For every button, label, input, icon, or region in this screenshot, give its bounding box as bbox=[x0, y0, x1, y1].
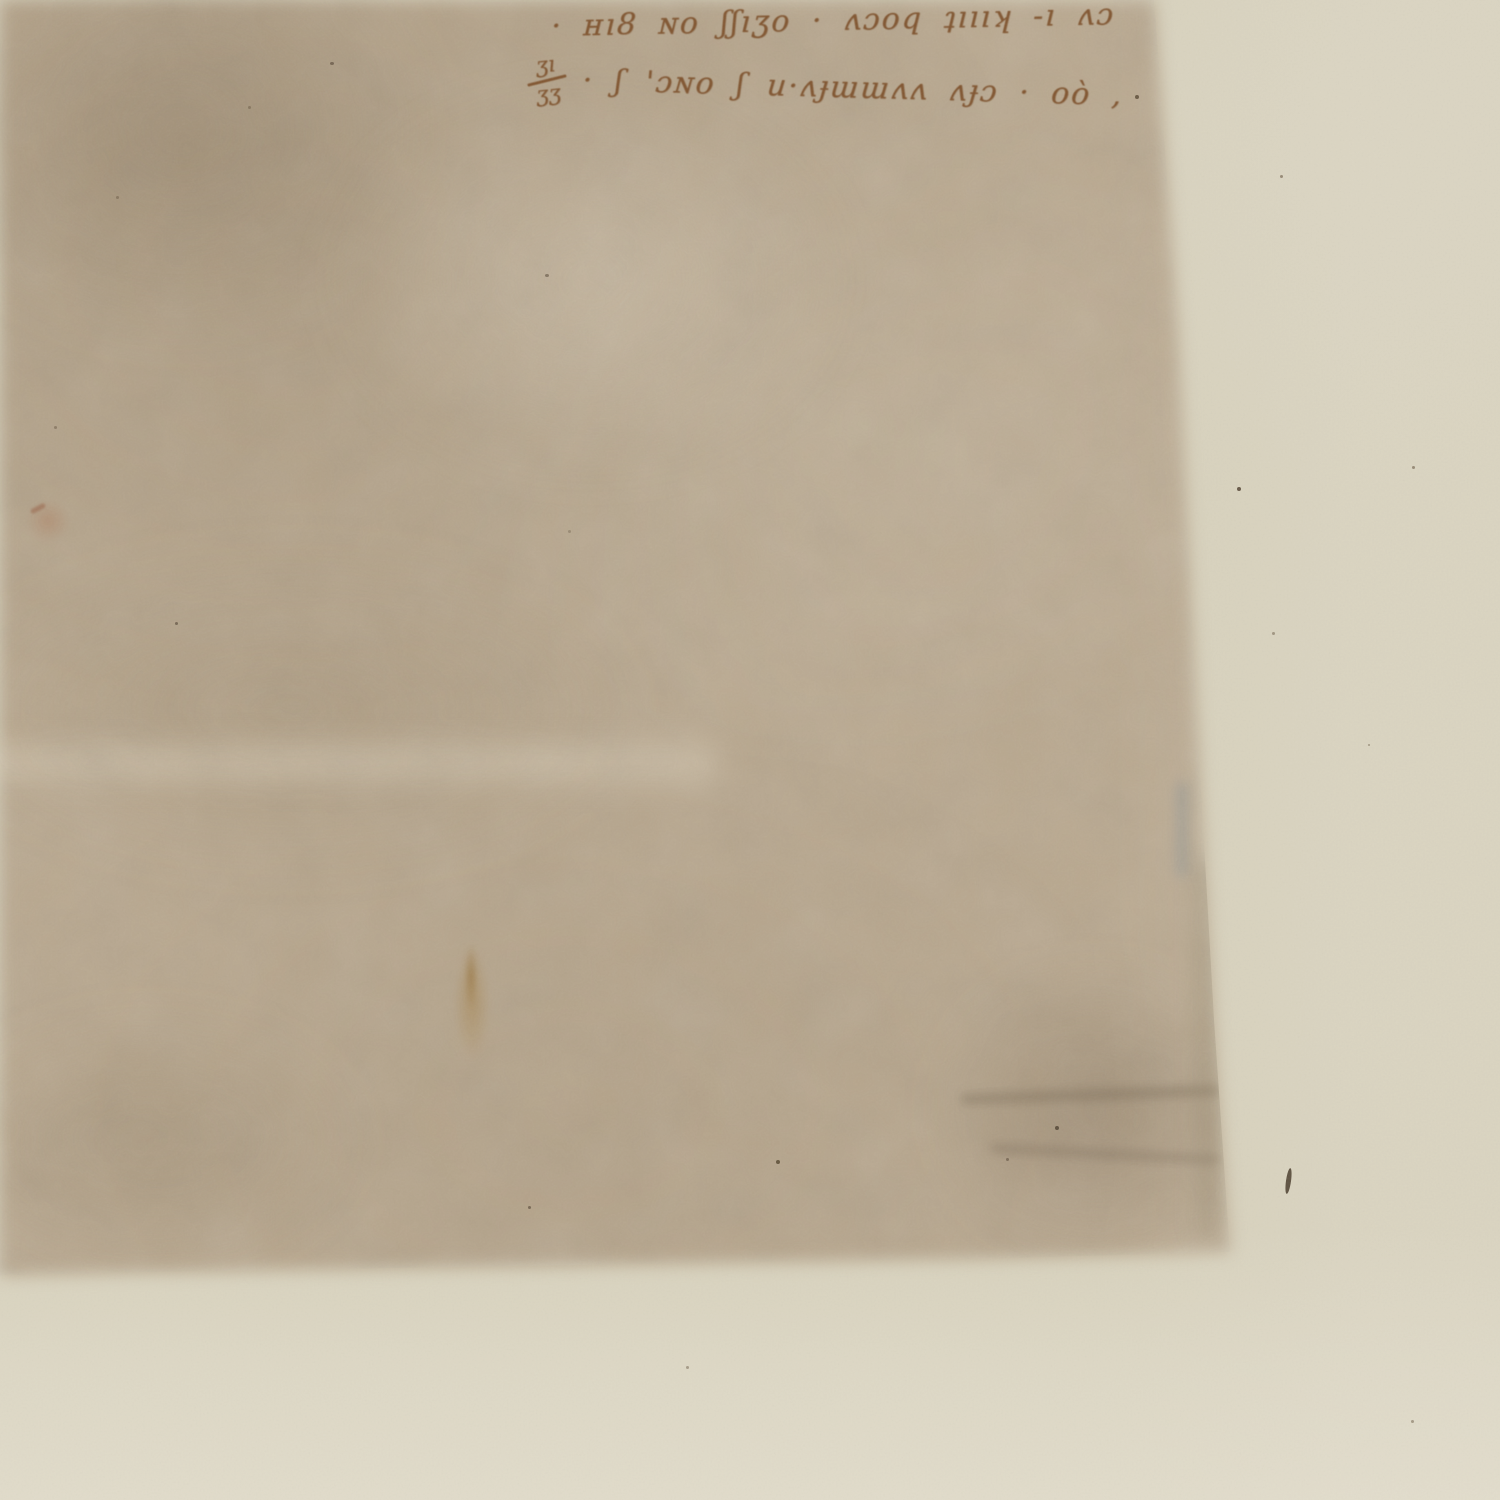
ink-speck bbox=[116, 196, 119, 199]
ink-speck bbox=[776, 1160, 780, 1164]
ink-speck bbox=[248, 106, 251, 109]
ink-speck bbox=[1272, 632, 1275, 635]
ink-speck bbox=[1237, 487, 1241, 491]
inscription-fraction: ʒı ʒʒ bbox=[519, 53, 576, 108]
ink-speck bbox=[1280, 175, 1283, 178]
ink-speck bbox=[1412, 466, 1415, 469]
ink-speck bbox=[54, 426, 57, 429]
inscription-block: · ʜı8 ɴo ʃʃıʒo · ʌɔoq ʇıııʞ -ı ʌɔ ʒı ʒʒ … bbox=[0, 0, 1500, 1500]
ink-speck bbox=[528, 1206, 531, 1209]
ink-speck bbox=[1411, 1420, 1414, 1423]
ink-speck bbox=[175, 622, 178, 625]
ink-speck bbox=[545, 274, 549, 277]
ink-speck bbox=[686, 1366, 689, 1369]
fraction-numerator: ʒı bbox=[534, 52, 556, 79]
manuscript-photo: · ʜı8 ɴo ʃʃıʒo · ʌɔoq ʇıııʞ -ı ʌɔ ʒı ʒʒ … bbox=[0, 0, 1500, 1500]
fraction-denominator: ʒʒ bbox=[535, 81, 562, 108]
inscription-line-2: · ʃ 'ɔɴo ʃ u·ʌɟɯɯʌʌ ʌɟɔ · oò , bbox=[581, 66, 1125, 111]
ink-speck bbox=[1006, 1158, 1009, 1161]
ink-speck bbox=[330, 62, 334, 65]
inscription-line-1: · ʜı8 ɴo ʃʃıʒo · ʌɔoq ʇıııʞ -ı ʌɔ bbox=[551, 0, 1116, 42]
ink-speck bbox=[1135, 95, 1139, 99]
ink-speck bbox=[568, 530, 571, 533]
ink-speck bbox=[1055, 1126, 1059, 1130]
ink-speck bbox=[1368, 744, 1370, 746]
